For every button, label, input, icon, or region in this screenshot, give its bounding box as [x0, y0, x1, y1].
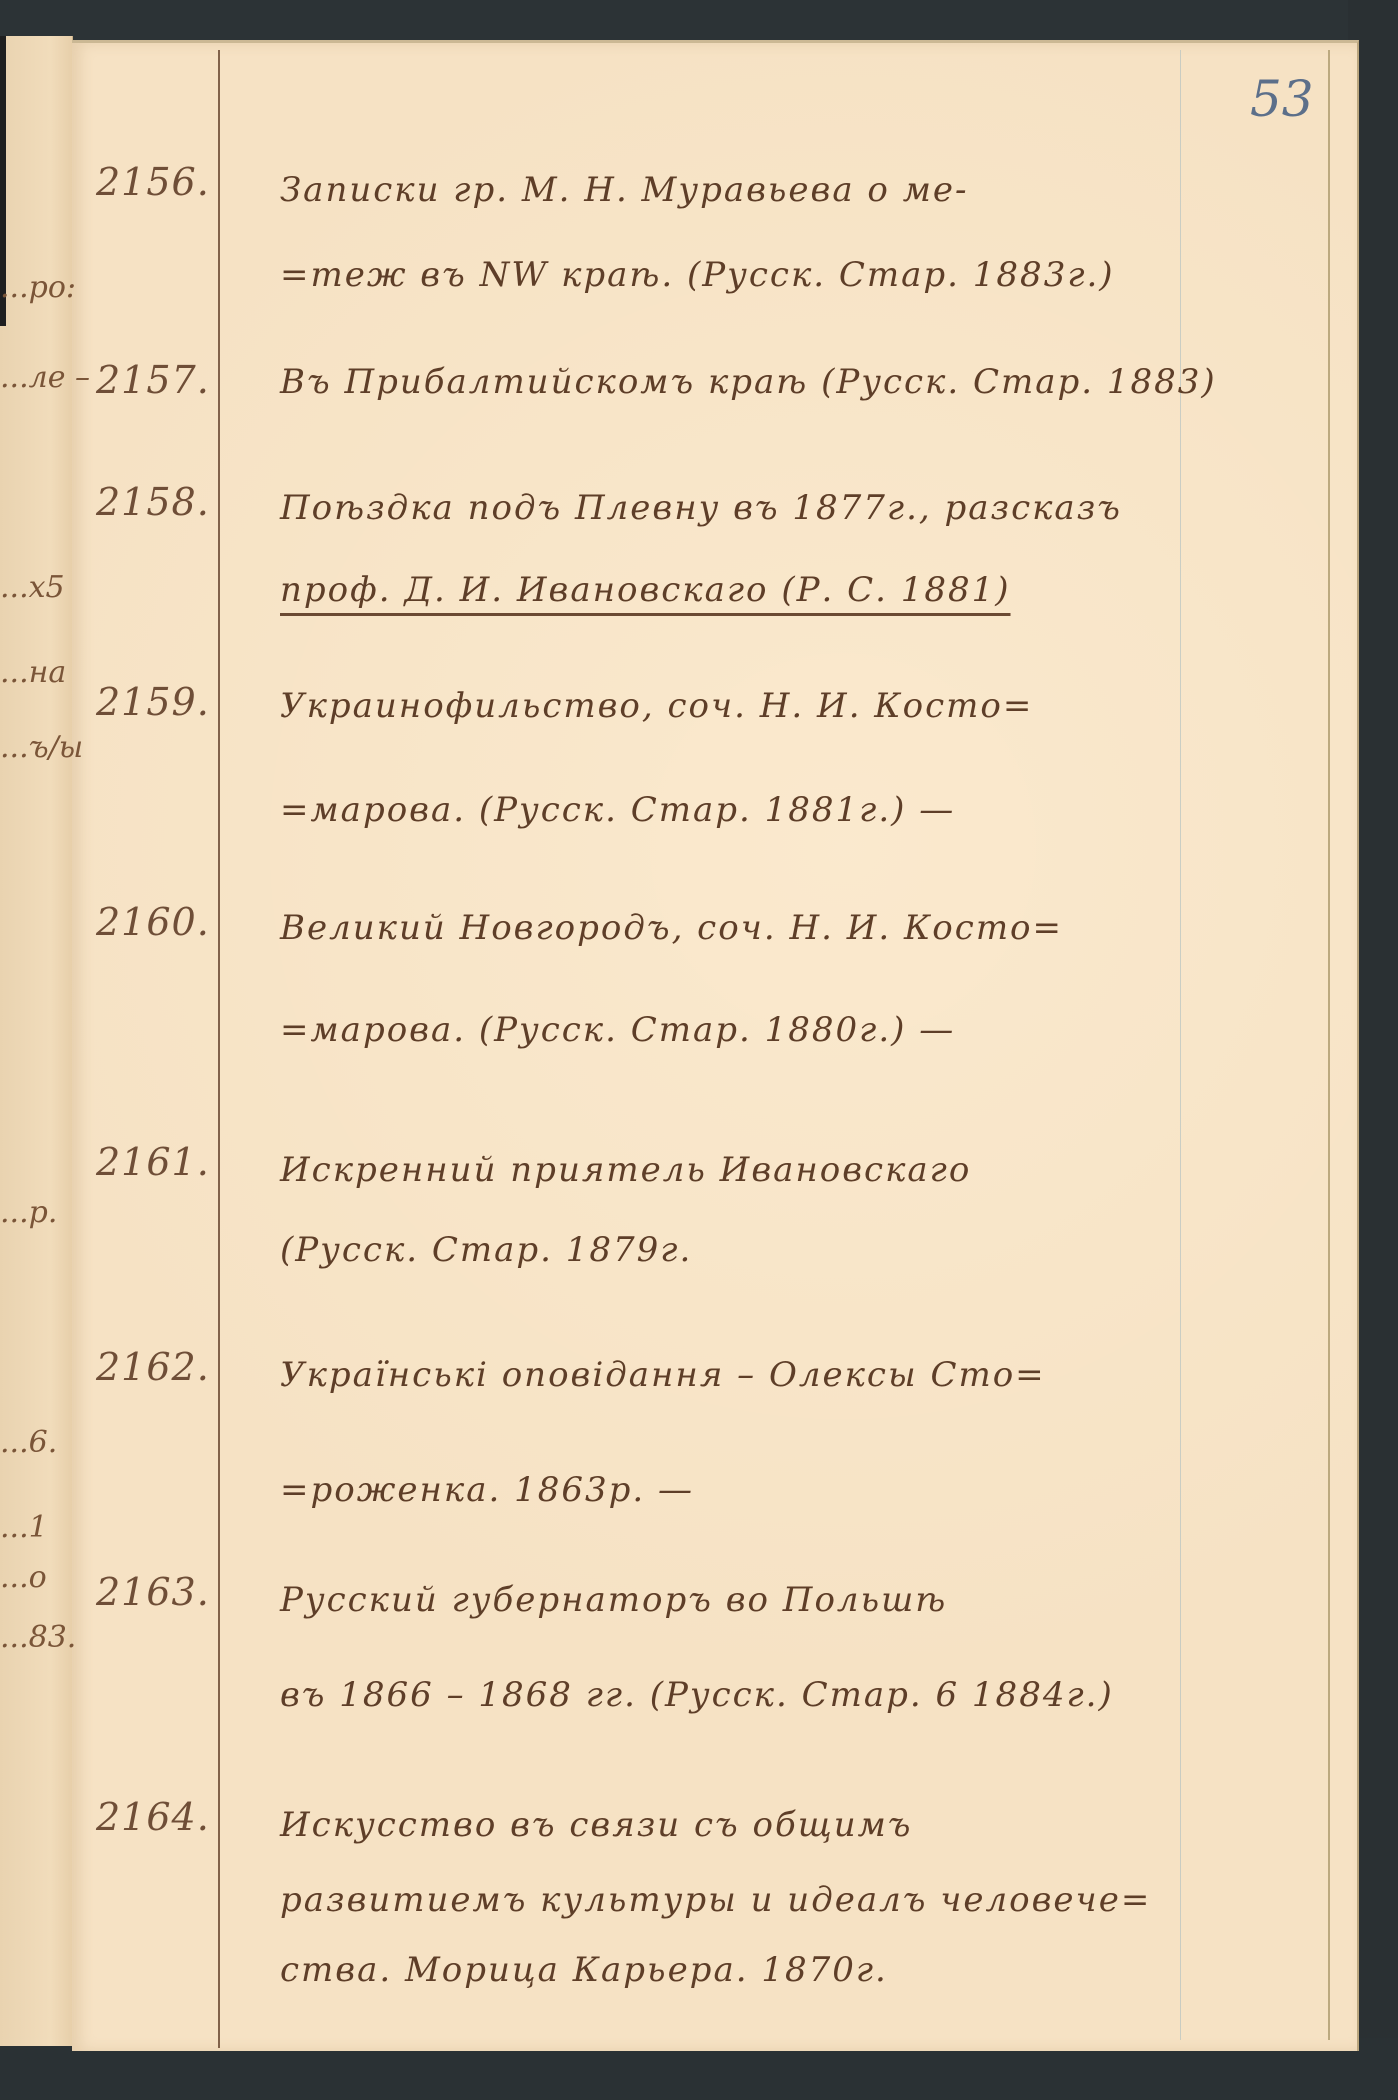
entry-text-line: Искренний приятель Ивановскаго — [280, 1150, 971, 1190]
entry-text-line: Русский губернаторъ во Польшѣ — [280, 1580, 947, 1620]
entry-text-line: =роженка. 1863р. — — [280, 1470, 694, 1510]
margin-fragment: ...на — [0, 655, 66, 690]
entry-text-line: =теж въ NW краѣ. (Русск. Стар. 1883г.) — [280, 255, 1115, 295]
page-edge-line — [1328, 50, 1330, 2040]
entry-text-line: развитиемъ культуры и идеалъ человече= — [280, 1880, 1151, 1920]
entry-text-line: Украинофильство, соч. Н. И. Косто= — [280, 686, 1033, 726]
entry-number: 2156. — [96, 160, 206, 204]
faint-right-rule — [1180, 50, 1181, 2040]
entry-number: 2161. — [96, 1140, 206, 1184]
entry-text-line: Въ Прибалтийскомъ краѣ (Русск. Стар. 188… — [280, 362, 1217, 402]
margin-fragment: ...6. — [0, 1425, 57, 1460]
margin-fragment: ...ле – — [0, 360, 90, 395]
margin-fragment: ...83. — [0, 1620, 76, 1655]
margin-fragment: ...х5 — [0, 570, 65, 605]
entry-text-line: (Русск. Стар. 1879г. — [280, 1230, 692, 1270]
entry-text-line: =марова. (Русск. Стар. 1880г.) — — [280, 1010, 955, 1050]
margin-fragment: ...1 — [0, 1510, 48, 1545]
margin-fragment: ...ъ/ы — [0, 730, 83, 765]
entry-text-line: Великий Новгородъ, соч. Н. И. Косто= — [280, 908, 1063, 948]
entry-text-line: Поѣздка подъ Плевну въ 1877г., разсказъ — [280, 488, 1122, 528]
margin-fragment: ...р. — [0, 1195, 57, 1230]
entry-number: 2160. — [96, 900, 206, 944]
entry-number: 2158. — [96, 480, 206, 524]
entry-number: 2162. — [96, 1345, 206, 1389]
margin-fragment: ...ро: — [0, 270, 76, 305]
entry-text-line: проф. Д. И. Ивановскаго (Р. С. 1881) — [280, 570, 1011, 610]
entry-text-line: въ 1866 – 1868 гг. (Русск. Стар. 6 1884г… — [280, 1675, 1114, 1715]
previous-page-edge — [0, 36, 73, 2046]
entry-text-line: =марова. (Русск. Стар. 1881г.) — — [280, 790, 955, 830]
entry-number: 2164. — [96, 1795, 206, 1839]
entry-text-line: ства. Морица Карьера. 1870г. — [280, 1950, 888, 1990]
entry-number: 2159. — [96, 680, 206, 724]
entry-text-line: Українські оповідання – Олексы Сто= — [280, 1355, 1046, 1395]
entry-number: 2163. — [96, 1570, 206, 1614]
entry-text-line: Записки гр. М. Н. Муравьева о ме- — [280, 170, 969, 210]
margin-fragment: ...о — [0, 1560, 47, 1595]
folio-number: 53 — [1250, 70, 1314, 128]
entry-number: 2157. — [96, 358, 206, 402]
margin-rule — [218, 50, 220, 2048]
entry-text-line: Искусство въ связи съ общимъ — [280, 1805, 912, 1845]
book-cover-top — [0, 0, 1398, 44]
